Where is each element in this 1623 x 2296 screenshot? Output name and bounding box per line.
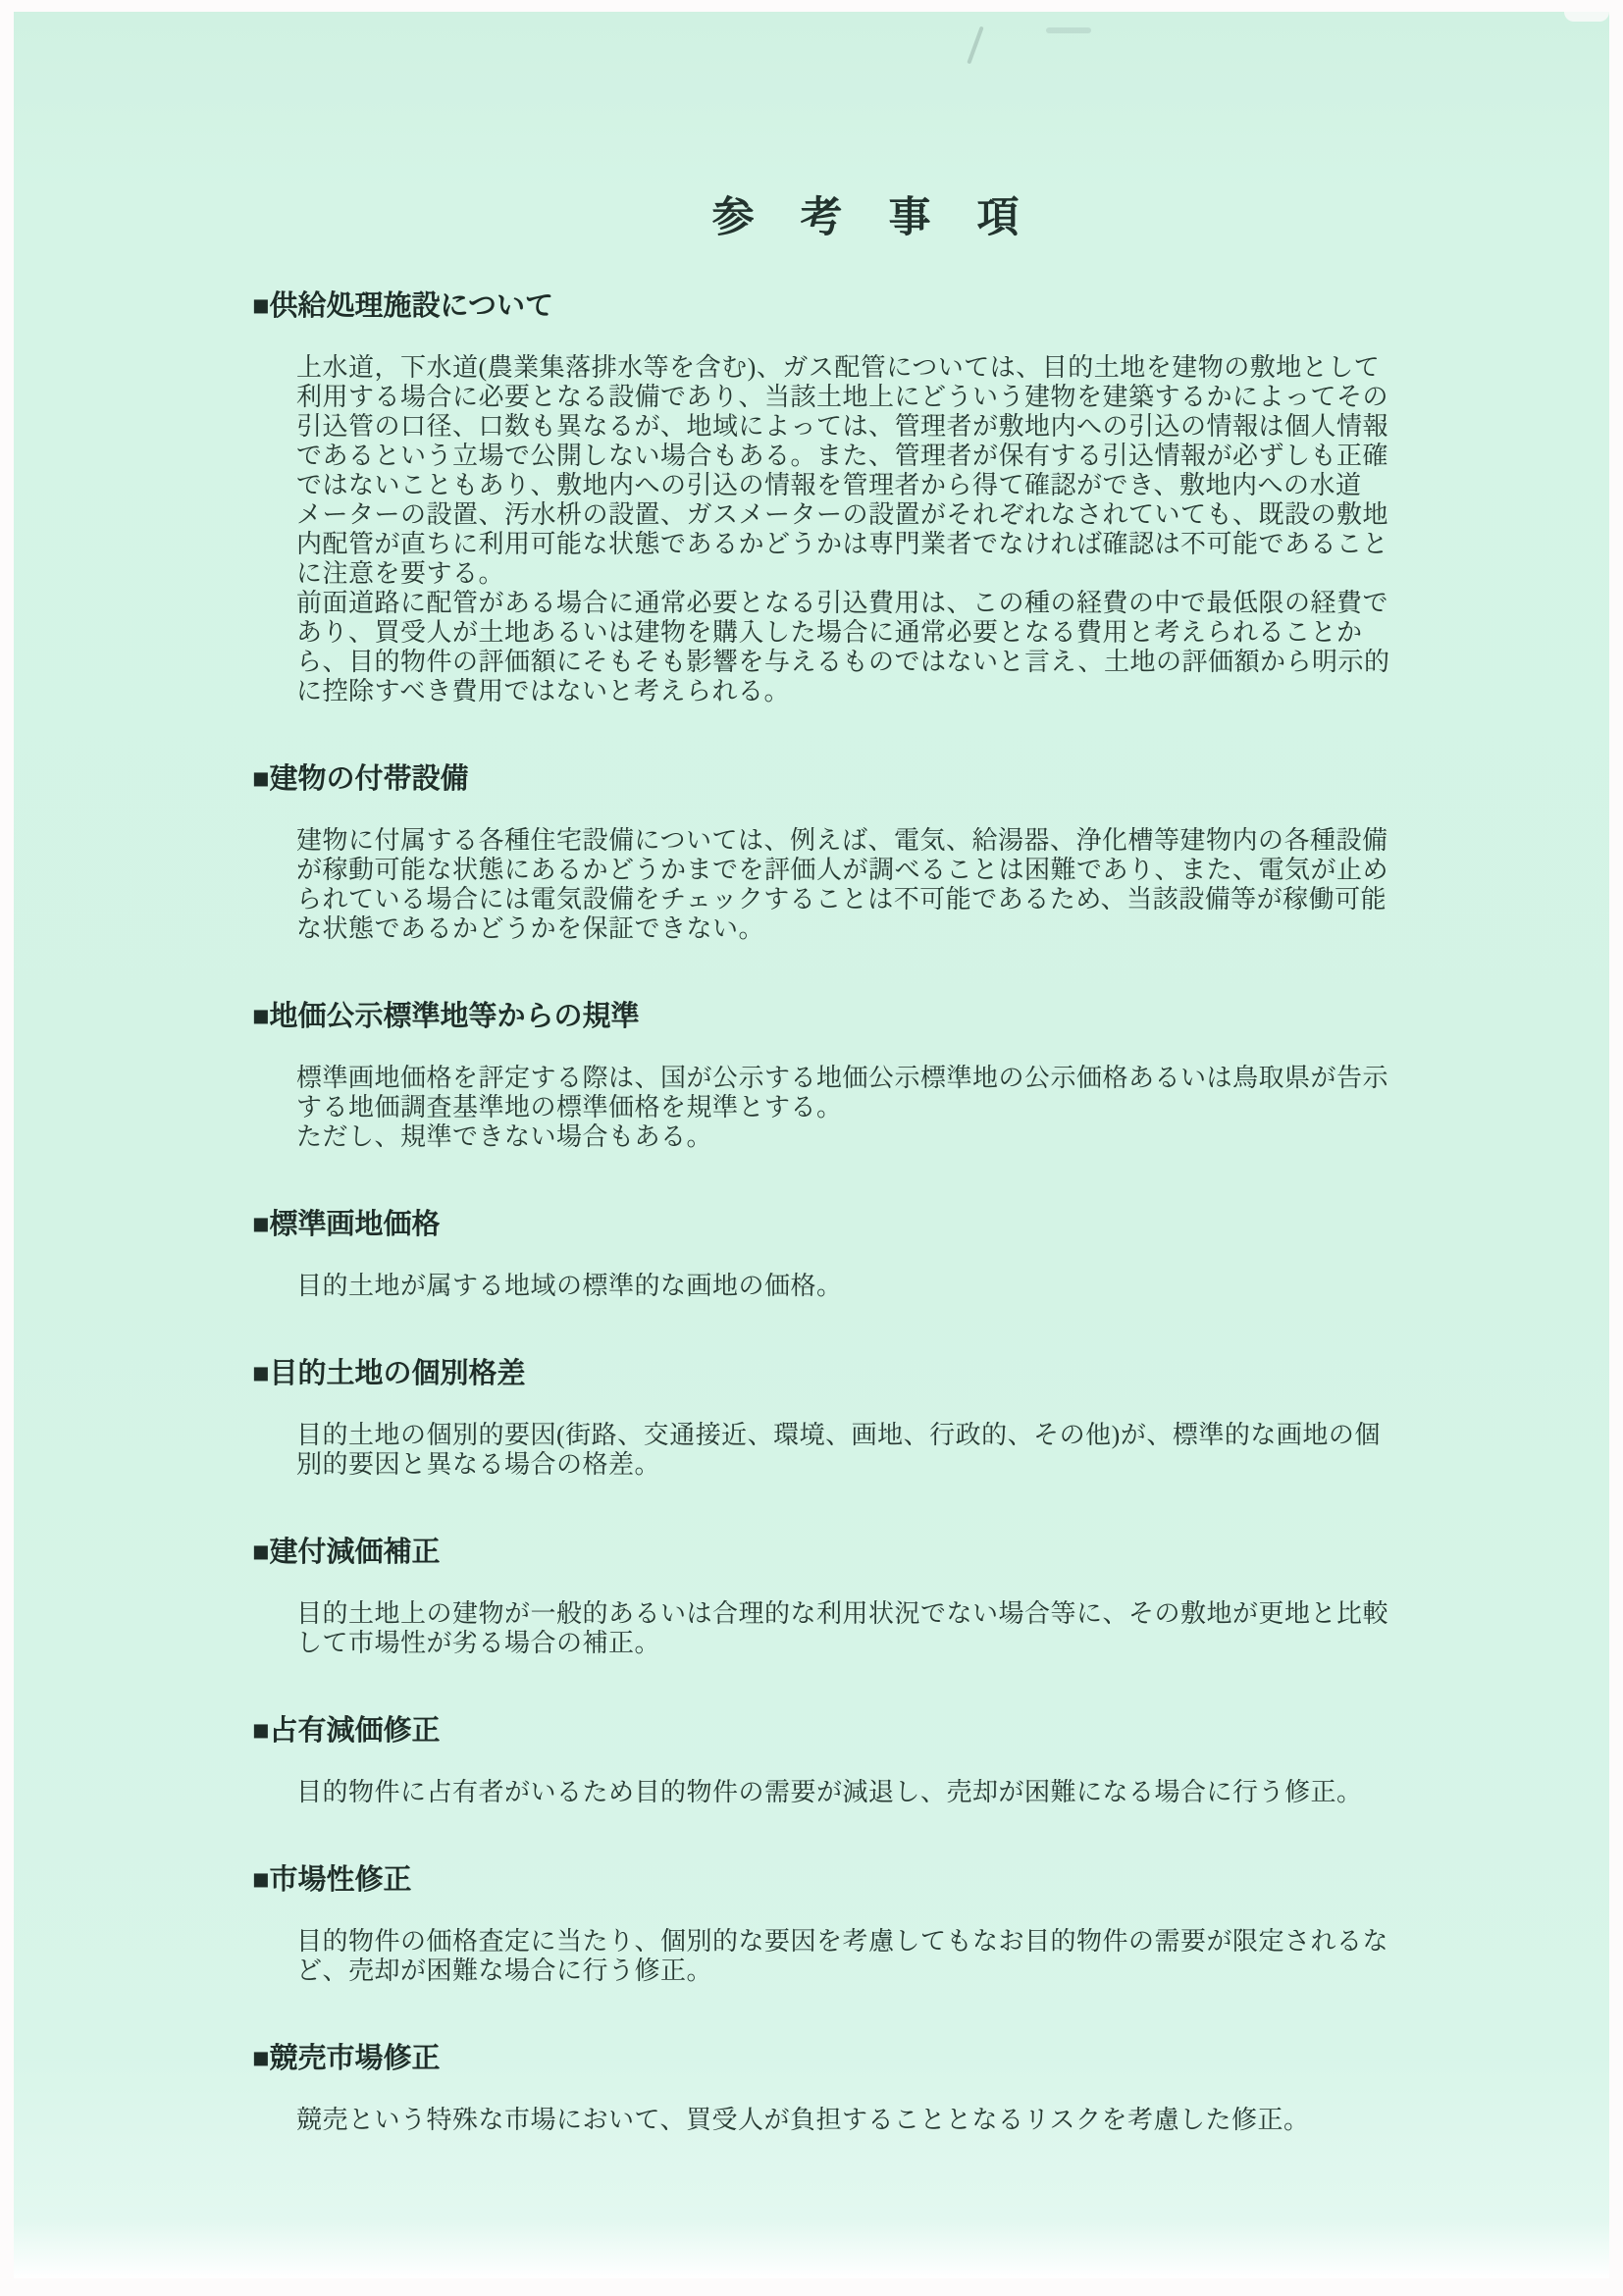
- section-body: 目的土地の個別的要因(街路、交通接近、環境、画地、行政的、その他)が、標準的な画…: [296, 1421, 1493, 1480]
- section-heading-text: 建付減価補正: [270, 1537, 441, 1568]
- section-3: ■地価公示標準地等からの規準 標準画地価格を評定する際は、国が公示する地価公示標…: [252, 999, 1493, 1152]
- section-body: 標準画地価格を評定する際は、国が公示する地価公示標準地の公示価格あるいは鳥取県が…: [296, 1064, 1493, 1152]
- section-heading: ■目的土地の個別格差: [252, 1356, 1493, 1391]
- square-bullet-icon: ■: [252, 1537, 270, 1568]
- section-4: ■標準画地価格 目的土地が属する地域の標準的な画地の価格。: [252, 1207, 1493, 1301]
- square-bullet-icon: ■: [252, 290, 270, 322]
- paragraph: 目的物件に占有者がいるため目的物件の需要が減退し、売却が困難になる場合に行う修正…: [296, 1778, 1493, 1807]
- section-heading-text: 競売市場修正: [270, 2043, 441, 2074]
- section-heading-text: 市場性修正: [270, 1864, 412, 1896]
- paragraph: 目的土地の個別的要因(街路、交通接近、環境、画地、行政的、その他)が、標準的な画…: [296, 1421, 1493, 1480]
- square-bullet-icon: ■: [252, 1864, 270, 1896]
- paragraph: 上水道，下水道(農業集落排水等を含む)、ガス配管については、目的土地を建物の敷地…: [296, 353, 1493, 589]
- section-1: ■供給処理施設について 上水道，下水道(農業集落排水等を含む)、ガス配管について…: [252, 288, 1493, 706]
- section-heading-text: 標準画地価格: [270, 1209, 441, 1240]
- section-heading: ■標準画地価格: [252, 1207, 1493, 1242]
- page-title: 参 考 事 項: [14, 12, 1609, 244]
- scan-artifact-smudge: [1046, 27, 1091, 33]
- document-page: 参 考 事 項 ■供給処理施設について 上水道，下水道(農業集落排水等を含む)、…: [14, 12, 1609, 2278]
- section-body: 目的物件に占有者がいるため目的物件の需要が減退し、売却が困難になる場合に行う修正…: [296, 1778, 1493, 1807]
- section-heading: ■地価公示標準地等からの規準: [252, 999, 1493, 1034]
- section-body: 上水道，下水道(農業集落排水等を含む)、ガス配管については、目的土地を建物の敷地…: [296, 353, 1493, 706]
- section-body: 目的物件の価格査定に当たり、個別的な要因を考慮してもなお目的物件の需要が限定され…: [296, 1927, 1493, 1986]
- paragraph: 建物に付属する各種住宅設備については、例えば、電気、給湯器、浄化槽等建物内の各種…: [296, 826, 1493, 944]
- sections-container: ■供給処理施設について 上水道，下水道(農業集落排水等を含む)、ガス配管について…: [252, 288, 1493, 2135]
- square-bullet-icon: ■: [252, 1715, 270, 1747]
- paragraph: 標準画地価格を評定する際は、国が公示する地価公示標準地の公示価格あるいは鳥取県が…: [296, 1064, 1493, 1152]
- section-9: ■競売市場修正 競売という特殊な市場において、買受人が負担することとなるリスクを…: [252, 2041, 1493, 2135]
- square-bullet-icon: ■: [252, 763, 270, 795]
- paragraph: 目的物件の価格査定に当たり、個別的な要因を考慮してもなお目的物件の需要が限定され…: [296, 1927, 1493, 1986]
- section-7: ■占有減価修正 目的物件に占有者がいるため目的物件の需要が減退し、売却が困難にな…: [252, 1713, 1493, 1807]
- square-bullet-icon: ■: [252, 1209, 270, 1240]
- section-heading-text: 供給処理施設について: [270, 290, 553, 322]
- scanned-page-canvas: 参 考 事 項 ■供給処理施設について 上水道，下水道(農業集落排水等を含む)、…: [0, 0, 1623, 2296]
- section-heading: ■建物の付帯設備: [252, 761, 1493, 797]
- paragraph: 目的土地が属する地域の標準的な画地の価格。: [296, 1272, 1493, 1301]
- section-heading-text: 占有減価修正: [270, 1715, 441, 1747]
- section-heading-text: 目的土地の個別格差: [270, 1358, 526, 1389]
- section-heading: ■競売市場修正: [252, 2041, 1493, 2076]
- section-2: ■建物の付帯設備 建物に付属する各種住宅設備については、例えば、電気、給湯器、浄…: [252, 761, 1493, 944]
- section-body: 競売という特殊な市場において、買受人が負担することとなるリスクを考慮した修正。: [296, 2106, 1493, 2135]
- square-bullet-icon: ■: [252, 1358, 270, 1389]
- square-bullet-icon: ■: [252, 2043, 270, 2074]
- section-6: ■建付減価補正 目的土地上の建物が一般的あるいは合理的な利用状況でない場合等に、…: [252, 1535, 1493, 1658]
- section-heading-text: 建物の付帯設備: [270, 763, 469, 795]
- section-heading: ■占有減価修正: [252, 1713, 1493, 1748]
- section-body: 目的土地が属する地域の標準的な画地の価格。: [296, 1272, 1493, 1301]
- paragraph: 目的土地上の建物が一般的あるいは合理的な利用状況でない場合等に、その敷地が更地と…: [296, 1599, 1493, 1658]
- section-heading: ■市場性修正: [252, 1862, 1493, 1898]
- section-8: ■市場性修正 目的物件の価格査定に当たり、個別的な要因を考慮してもなお目的物件の…: [252, 1862, 1493, 1986]
- section-heading: ■建付減価補正: [252, 1535, 1493, 1570]
- square-bullet-icon: ■: [252, 1001, 270, 1032]
- scan-artifact-edge-notch: [1564, 12, 1609, 22]
- section-heading: ■供給処理施設について: [252, 288, 1493, 324]
- section-5: ■目的土地の個別格差 目的土地の個別的要因(街路、交通接近、環境、画地、行政的、…: [252, 1356, 1493, 1480]
- section-body: 建物に付属する各種住宅設備については、例えば、電気、給湯器、浄化槽等建物内の各種…: [296, 826, 1493, 944]
- paragraph: 前面道路に配管がある場合に通常必要となる引込費用は、この種の経費の中で最低限の経…: [296, 589, 1493, 706]
- paragraph: 競売という特殊な市場において、買受人が負担することとなるリスクを考慮した修正。: [296, 2106, 1493, 2135]
- section-heading-text: 地価公示標準地等からの規準: [270, 1001, 640, 1032]
- section-body: 目的土地上の建物が一般的あるいは合理的な利用状況でない場合等に、その敷地が更地と…: [296, 1599, 1493, 1658]
